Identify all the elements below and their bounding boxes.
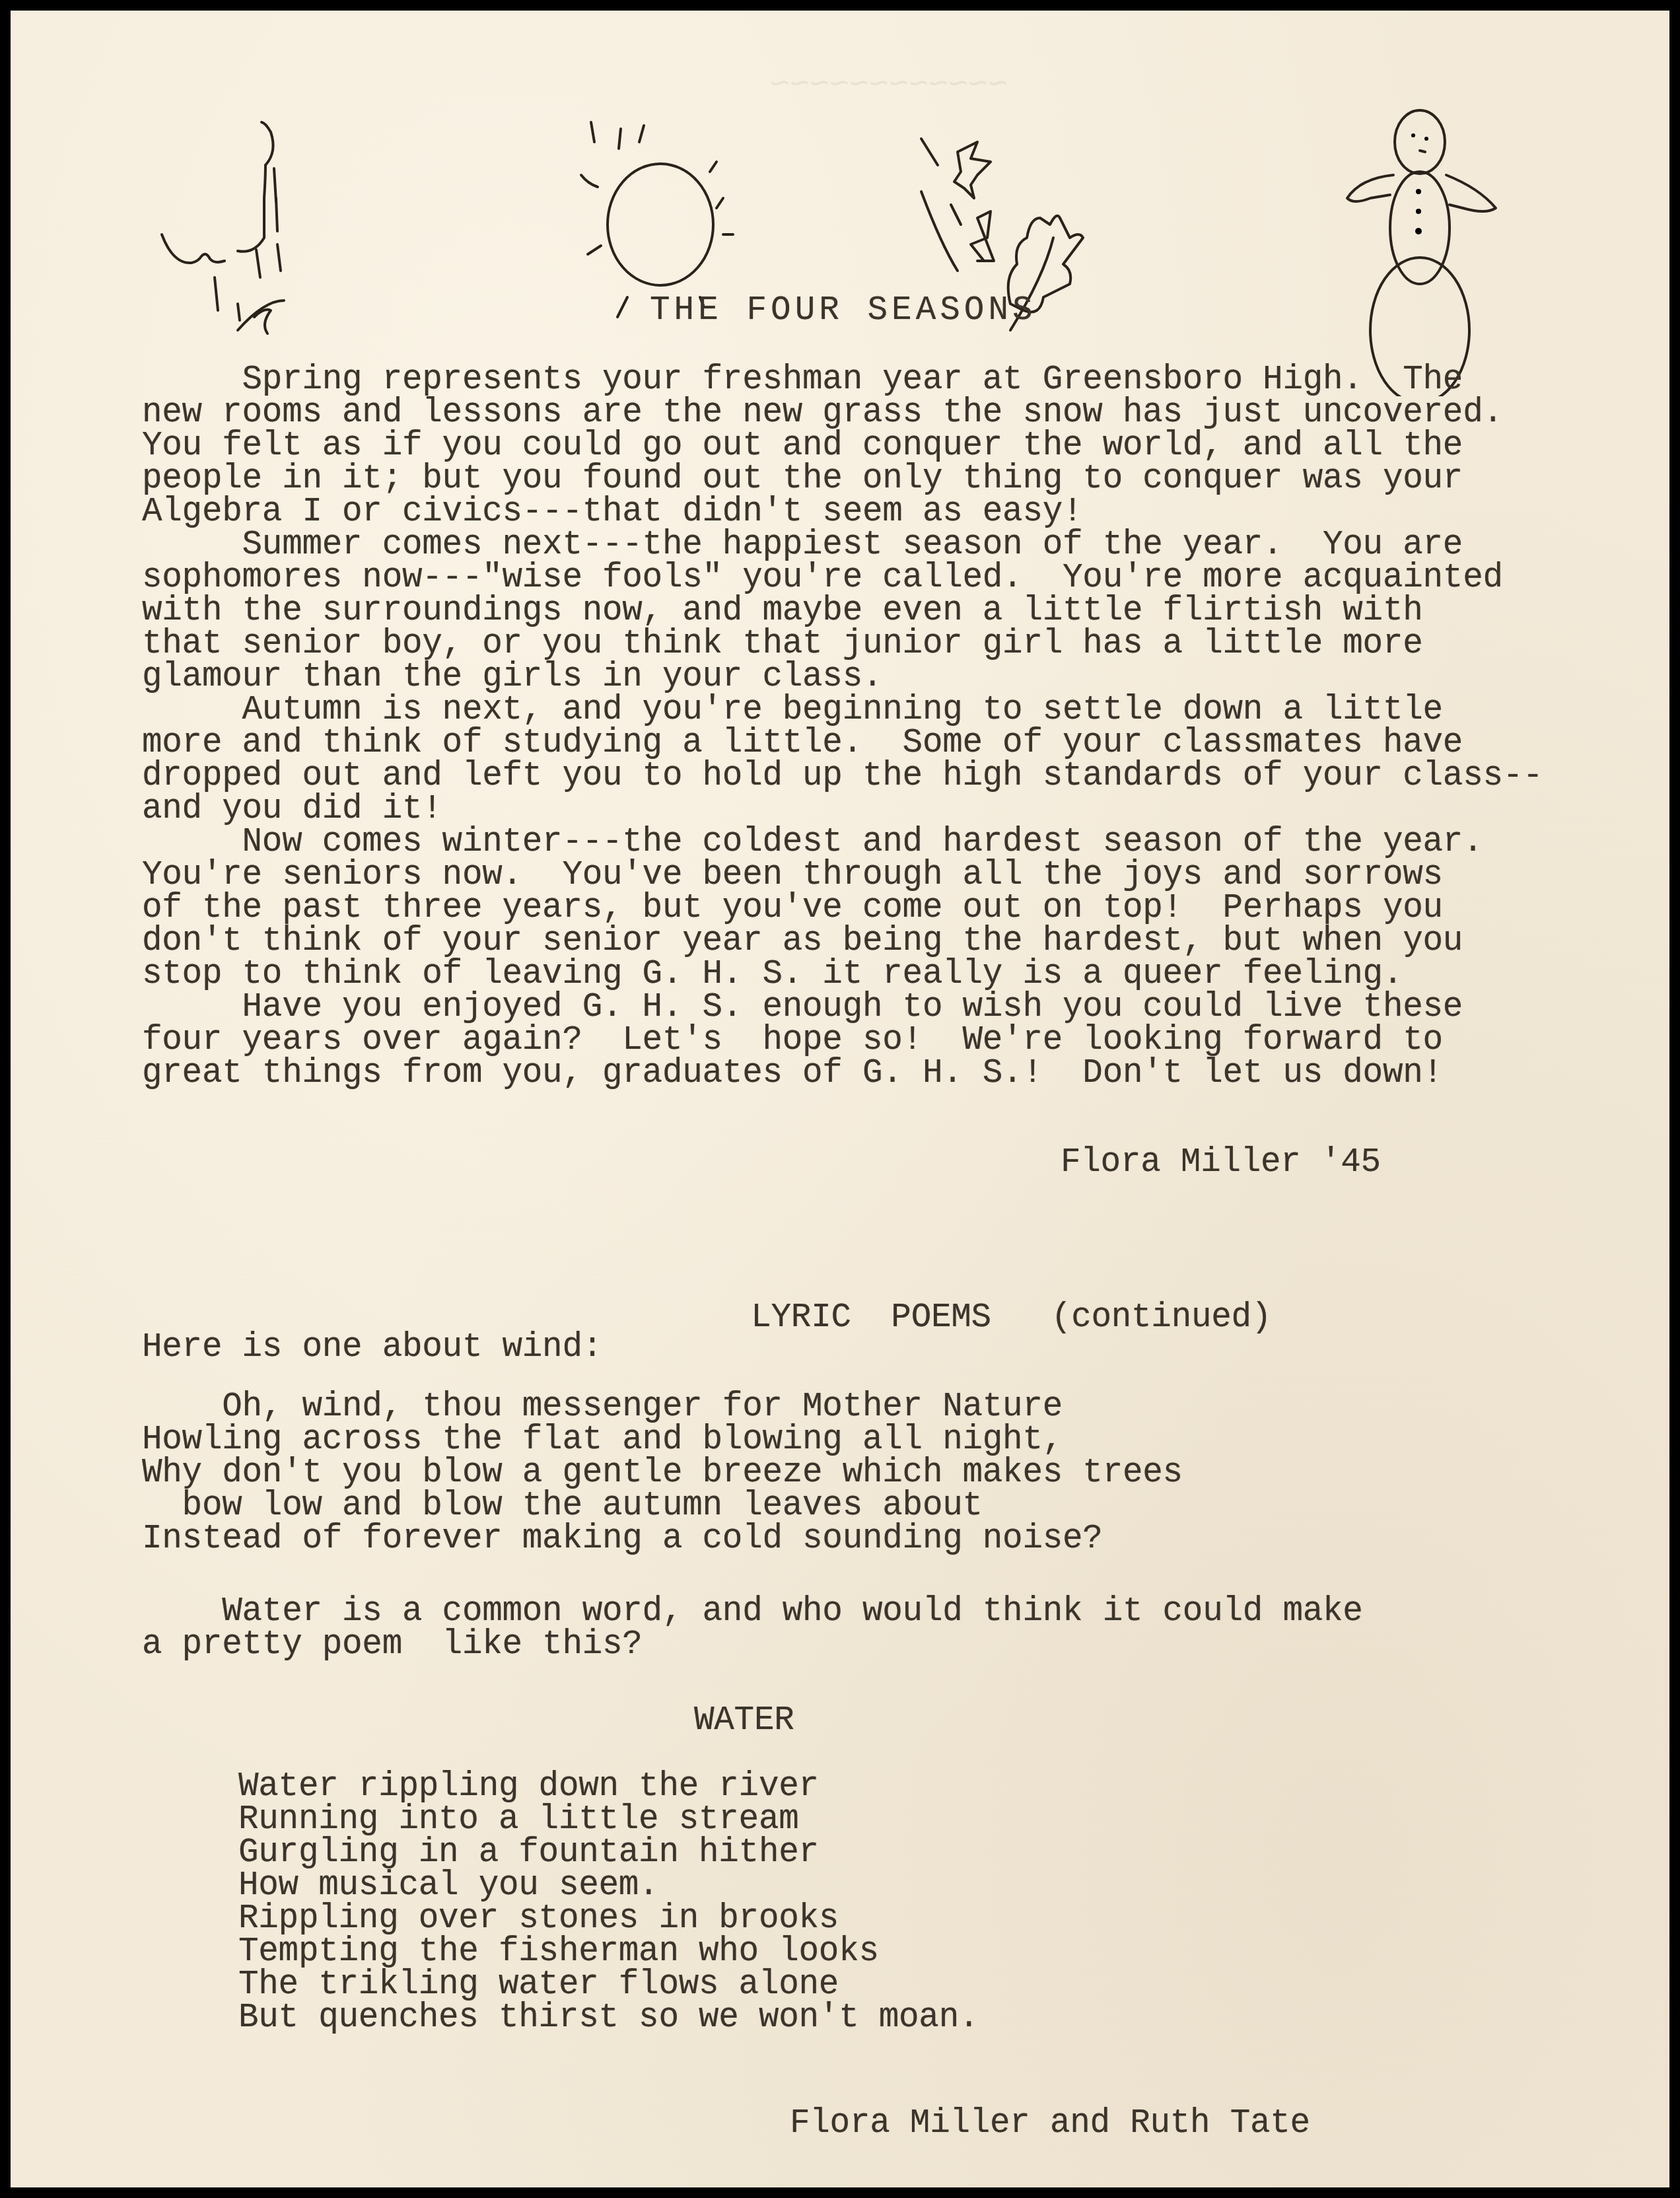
section-subtitle: (continued): [1051, 1299, 1271, 1337]
text-line: Spring represents your freshman year at …: [142, 364, 1463, 397]
text-line: four years over again? Let's hope so! We…: [142, 1024, 1443, 1057]
text-line: Instead of forever making a cold soundin…: [142, 1523, 1103, 1556]
text-line: new rooms and lessons are the new grass …: [142, 397, 1503, 430]
text-line: Algebra I or civics---that didn't seem a…: [142, 496, 1082, 529]
text-line: a pretty poem like this?: [142, 1629, 643, 1662]
text-line: You felt as if you could go out and conq…: [142, 430, 1463, 463]
wind-intro: Here is one about wind:: [142, 1331, 602, 1365]
text-line: But quenches thirst so we won't moan.: [238, 2002, 979, 2035]
text-line: that senior boy, or you think that junio…: [142, 628, 1423, 661]
summer-sun-icon: [581, 122, 733, 317]
text-line: Running into a little stream: [238, 1804, 799, 1837]
spring-grass-icon: [162, 122, 284, 334]
text-line: Have you enjoyed G. H. S. enough to wish…: [142, 991, 1463, 1024]
text-line: You're seniors now. You've been through …: [142, 859, 1443, 892]
text-line: bow low and blow the autumn leaves about: [142, 1490, 983, 1523]
wind-poem: Oh, wind, thou messenger for Mother Natu…: [142, 1391, 1661, 1563]
bleed-through: ~~~~~~~~~~~~: [770, 70, 1008, 103]
text-line: Tempting the fisherman who looks: [238, 1936, 879, 1969]
article-signature: Flora Miller '45: [1061, 1147, 1381, 1180]
text-line: Now comes winter---the coldest and harde…: [142, 826, 1483, 859]
text-line: Oh, wind, thou messenger for Mother Natu…: [142, 1391, 1063, 1424]
text-line: more and think of studying a little. Som…: [142, 727, 1463, 760]
text-line: dropped out and left you to hold up the …: [142, 760, 1543, 793]
article-body: Spring represents your freshman year at …: [142, 364, 1661, 1097]
winter-snowman-icon: [1347, 110, 1496, 396]
text-line: Howling across the flat and blowing all …: [142, 1424, 1063, 1457]
season-drawings: [11, 11, 1669, 396]
water-title: WATER: [694, 1705, 794, 1738]
text-line: Summer comes next---the happiest season …: [142, 529, 1463, 562]
text-line: don't think of your senior year as being…: [142, 925, 1463, 958]
text-line: stop to think of leaving G. H. S. it rea…: [142, 958, 1403, 991]
text-line: people in it; but you found out the only…: [142, 463, 1463, 496]
water-poem: Water rippling down the riverRunning int…: [238, 1771, 1427, 2048]
text-line: Water rippling down the river: [238, 1771, 819, 1804]
text-line: Rippling over stones in brooks: [238, 1903, 839, 1936]
section-title: LYRIC POEMS (continued): [671, 1269, 1271, 1368]
typewritten-page: ~~~~~~~~~~~~: [11, 11, 1669, 2187]
text-line: Autumn is next, and you're beginning to …: [142, 694, 1443, 727]
text-line: sophomores now---"wise fools" you're cal…: [142, 562, 1503, 595]
text-line: Gurgling in a fountain hither: [238, 1837, 819, 1870]
poem-signature: Flora Miller and Ruth Tate: [790, 2108, 1310, 2141]
section-title-text: LYRIC POEMS: [751, 1299, 991, 1337]
text-line: and you did it!: [142, 793, 442, 826]
article-title: THE FOUR SEASONS: [650, 295, 1037, 328]
water-intro: Water is a common word, and who would th…: [142, 1596, 1661, 1668]
text-line: great things from you, graduates of G. H…: [142, 1057, 1443, 1090]
text-line: The trikling water flows alone: [238, 1969, 839, 2002]
text-line: How musical you seem.: [238, 1870, 658, 1903]
text-line: Water is a common word, and who would th…: [142, 1596, 1363, 1629]
text-line: of the past three years, but you've come…: [142, 892, 1443, 925]
text-line: Why don't you blow a gentle breeze which…: [142, 1457, 1183, 1490]
text-line: with the surroundings now, and maybe eve…: [142, 595, 1423, 628]
text-line: glamour than the girls in your class.: [142, 661, 882, 694]
